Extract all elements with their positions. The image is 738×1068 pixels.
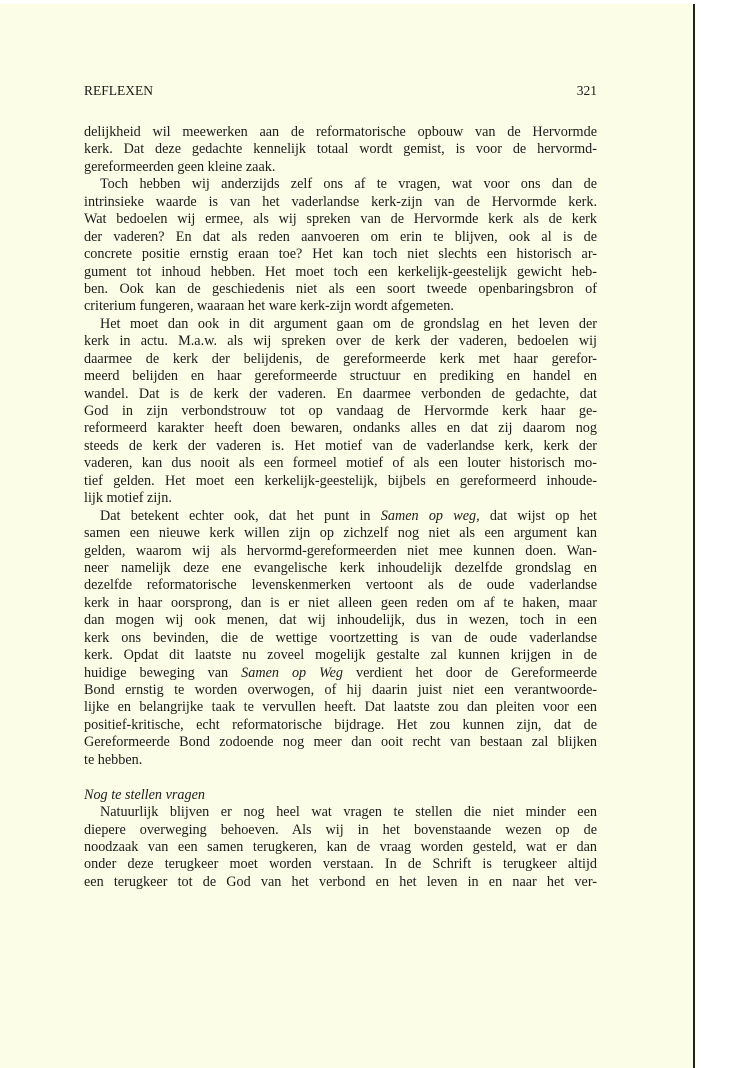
- document-page: REFLEXEN 321 delijkheid wil meewerken aa…: [0, 4, 695, 1068]
- text-line: Bond ernstig te worden overwogen, of hij…: [84, 682, 597, 699]
- text-line: te hebben.: [84, 752, 597, 769]
- text-line: wandel. Dat is de kerk der vaderen. En d…: [84, 386, 597, 403]
- text-line: meerd belijden en haar gereformeerde str…: [84, 368, 597, 385]
- text-line: daarmee de kerk der belijdenis, de geref…: [84, 351, 597, 368]
- text-line: tief gelden. Het moet een kerkelijk-gees…: [84, 473, 597, 490]
- text-line: reformeerd karakter heeft doen bewaren, …: [84, 420, 597, 437]
- text-line: huidige beweging van Samen op Weg verdie…: [84, 665, 597, 682]
- text-line: positief-kritische, echt reformatorische…: [84, 717, 597, 734]
- text-line: Wat bedoelen wij ermee, als wij spreken …: [84, 211, 597, 228]
- text-line: Gereformeerde Bond zodoende nog meer dan…: [84, 734, 597, 751]
- text-line: dan mogen wij ook menen, dat wij inhoude…: [84, 612, 597, 629]
- text-line: dezelfde reformatorische levenskenmerken…: [84, 577, 597, 594]
- section-heading: Nog te stellen vragen: [84, 787, 597, 804]
- text-line: steeds de kerk der vaderen is. Het motie…: [84, 438, 597, 455]
- text-line: Dat betekent echter ook, dat het punt in…: [84, 508, 597, 525]
- italic-title: Samen op weg,: [381, 508, 480, 524]
- text-line: Toch hebben wij anderzijds zelf ons af t…: [84, 176, 597, 193]
- text-line: gereformeerden geen kleine zaak.: [84, 159, 597, 176]
- text-line: diepere overweging behoeven. Als wij in …: [84, 822, 597, 839]
- text-line: der vaderen? En dat als reden aanvoeren …: [84, 229, 597, 246]
- text-line: noodzaak van een samen terugkeren, kan d…: [84, 839, 597, 856]
- text-line: gument tot inhoud hebben. Het moet toch …: [84, 264, 597, 281]
- paragraph: Toch hebben wij anderzijds zelf ons af t…: [84, 176, 597, 316]
- text-line: kerk in haar oorsprong, dan is er niet a…: [84, 595, 597, 612]
- text-line: neer namelijk deze ene evangelische kerk…: [84, 560, 597, 577]
- text-line: Het moet dan ook in dit argument gaan om…: [84, 316, 597, 333]
- paragraph: Natuurlijk blijven er nog heel wat vrage…: [84, 804, 597, 891]
- italic-title: Samen op Weg: [241, 665, 343, 681]
- text-line: samen een nieuwe kerk willen zijn op zic…: [84, 525, 597, 542]
- text-line: kerk in actu. M.a.w. als wij spreken ove…: [84, 333, 597, 350]
- text-line: onder deze terugkeer moet worden verstaa…: [84, 856, 597, 873]
- paragraph: Het moet dan ook in dit argument gaan om…: [84, 316, 597, 508]
- text-line: kerk. Opdat dit laatste nu zoveel mogeli…: [84, 647, 597, 664]
- paragraph: Dat betekent echter ook, dat het punt in…: [84, 508, 597, 770]
- text-line: lijke en belangrijke taak te vervullen h…: [84, 699, 597, 716]
- text-line: God in zijn verbondstrouw tot op vandaag…: [84, 403, 597, 420]
- text-line: Natuurlijk blijven er nog heel wat vrage…: [84, 804, 597, 821]
- page-number: 321: [577, 83, 597, 99]
- body-text: delijkheid wil meewerken aan de reformat…: [84, 124, 597, 891]
- text-line: concrete positie ernstig eraan toe? Het …: [84, 246, 597, 263]
- text-line: gelden, waarom wij als hervormd-gereform…: [84, 543, 597, 560]
- text-line: vaderen, kan dus nooit als een formeel m…: [84, 455, 597, 472]
- text-line: kerk ons bevinden, die de wettige voortz…: [84, 630, 597, 647]
- text-line: lijk motief zijn.: [84, 490, 597, 507]
- running-title: REFLEXEN: [84, 83, 153, 99]
- text-line: een terugkeer tot de God van het verbond…: [84, 874, 597, 891]
- running-header: REFLEXEN 321: [84, 83, 597, 99]
- text-line: criterium fungeren, waaraan het ware ker…: [84, 298, 597, 315]
- text-line: intrinsieke waarde is van het vaderlands…: [84, 194, 597, 211]
- text-line: kerk. Dat deze gedachte kennelijk totaal…: [84, 141, 597, 158]
- text-line: delijkheid wil meewerken aan de reformat…: [84, 124, 597, 141]
- text-line: ben. Ook kan de geschiedenis niet als ee…: [84, 281, 597, 298]
- paragraph: delijkheid wil meewerken aan de reformat…: [84, 124, 597, 176]
